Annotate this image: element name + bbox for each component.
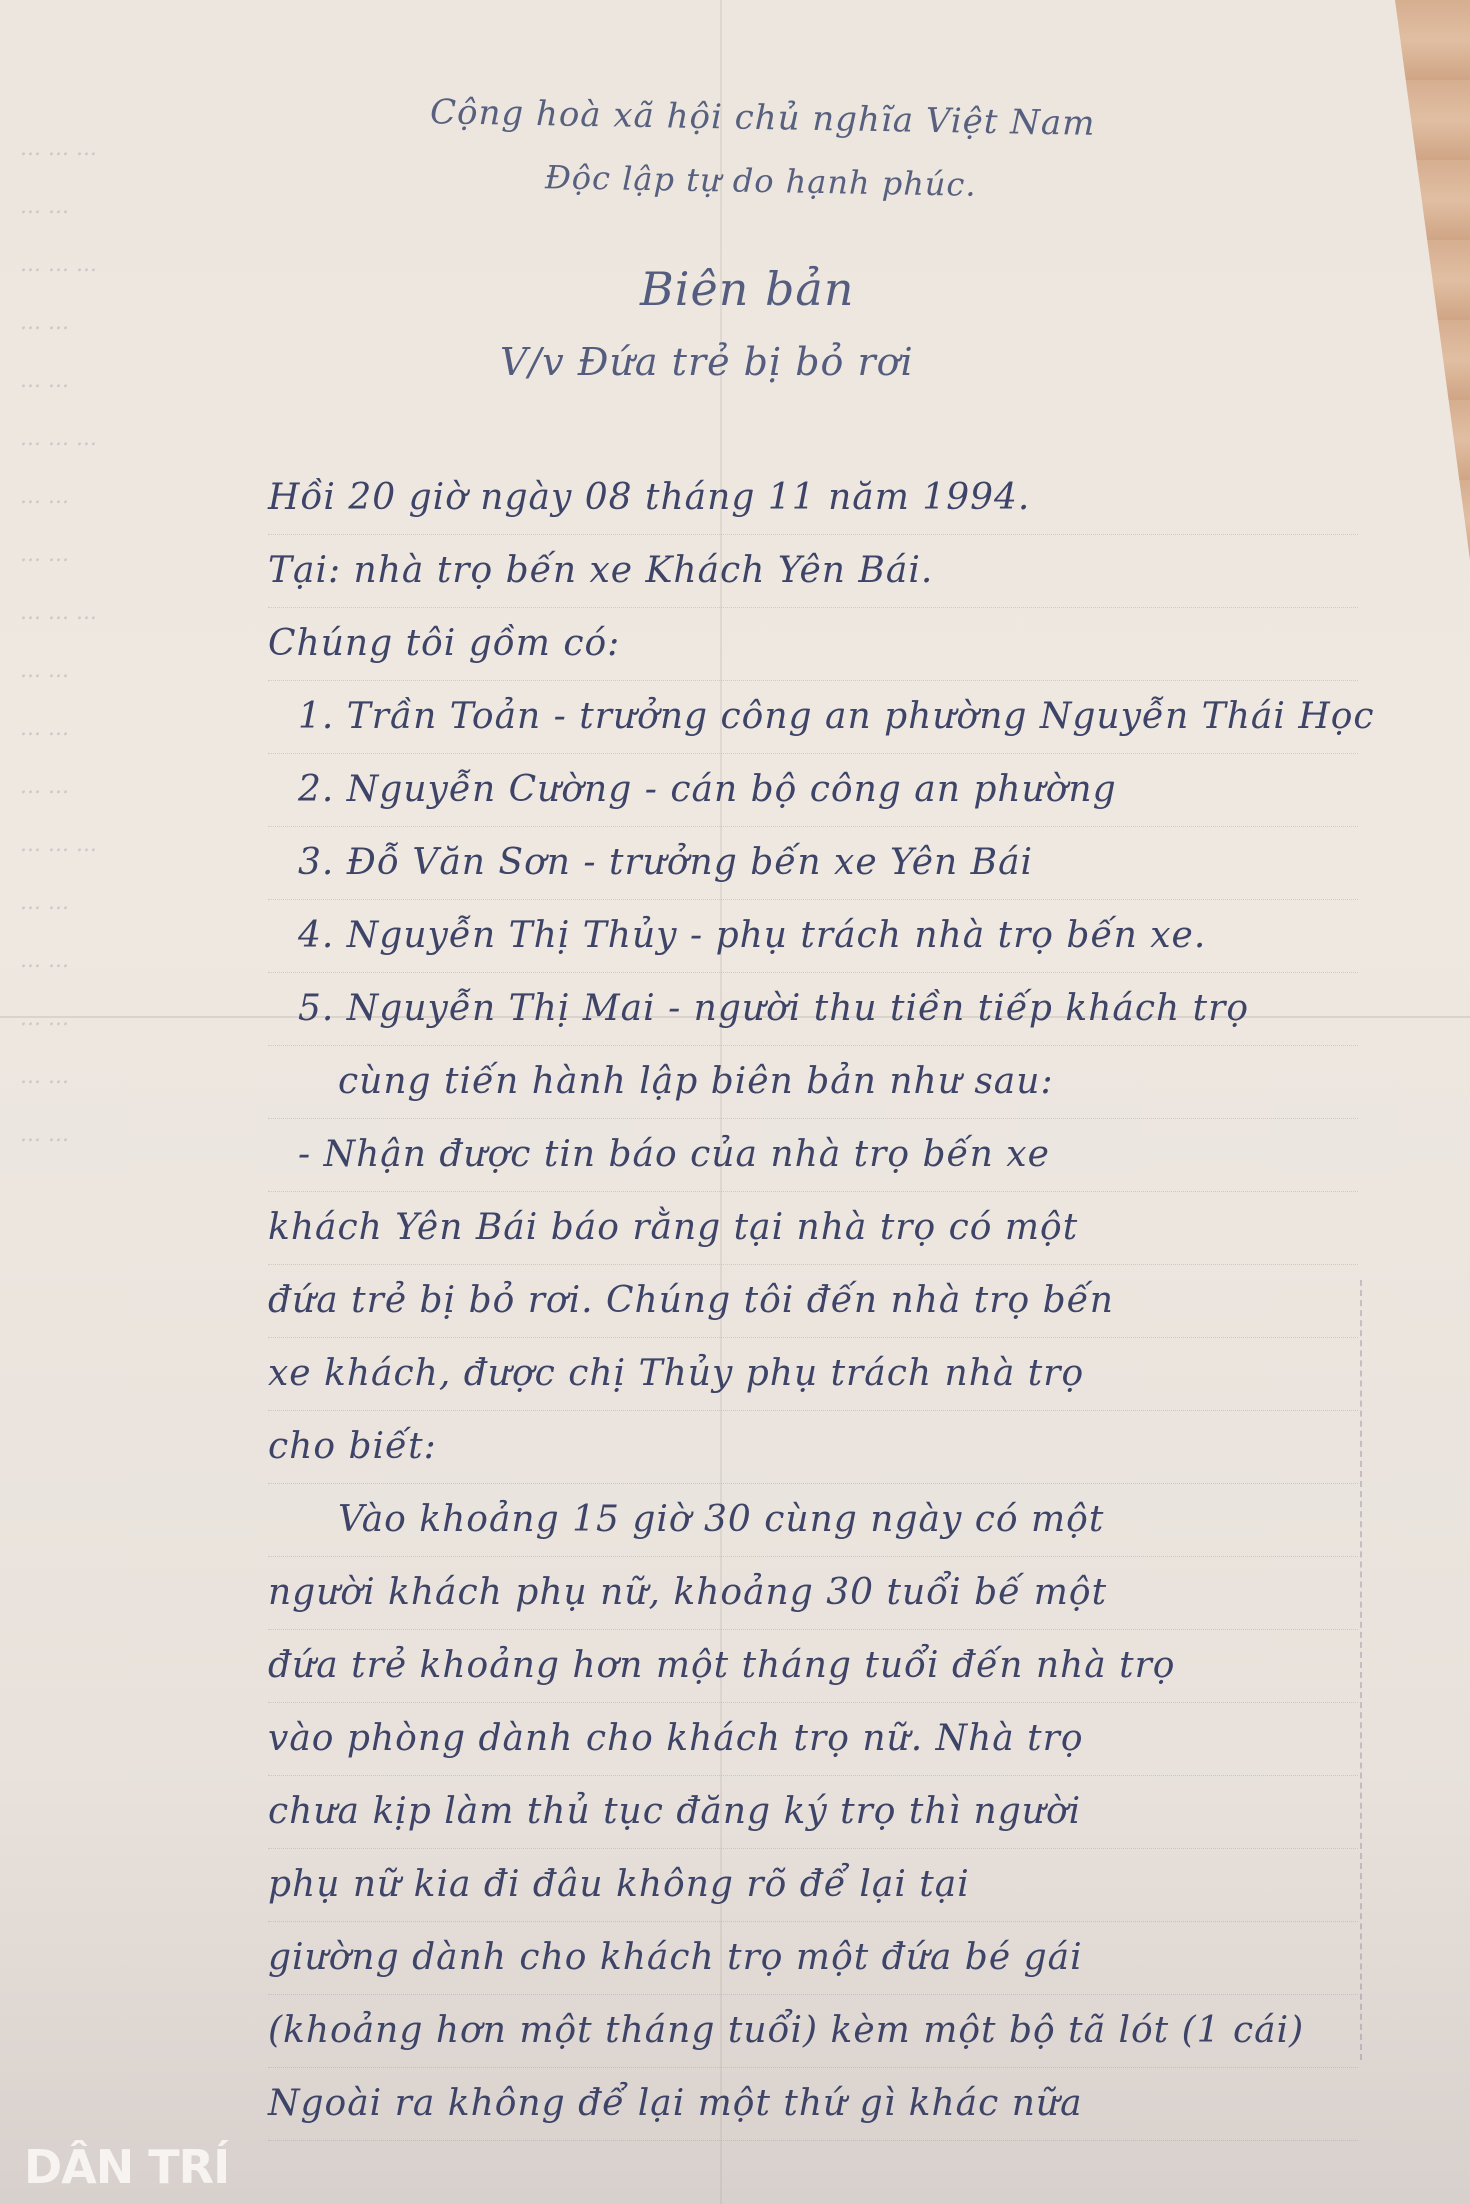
body-line: cho biết: bbox=[268, 1411, 1358, 1484]
body-line-attendees-intro: Chúng tôi gồm có: bbox=[268, 608, 1358, 681]
attendee-item: 1. Trần Toản - trưởng công an phường Ngu… bbox=[268, 681, 1358, 754]
bleed-through-text: ... ... ...... ... ... ... ...... ... ..… bbox=[20, 120, 250, 1520]
attendee-item: 4. Nguyễn Thị Thủy - phụ trách nhà trọ b… bbox=[268, 900, 1358, 973]
national-title: Cộng hoà xã hội chủ nghĩa Việt Nam bbox=[430, 92, 1096, 144]
body-line: khách Yên Bái báo rằng tại nhà trọ có mộ… bbox=[268, 1192, 1358, 1265]
attendee-item: 3. Đỗ Văn Sơn - trưởng bến xe Yên Bái bbox=[268, 827, 1358, 900]
body-line: đứa trẻ bị bỏ rơi. Chúng tôi đến nhà trọ… bbox=[268, 1265, 1358, 1338]
body-line: chưa kịp làm thủ tục đăng ký trọ thì ngư… bbox=[268, 1776, 1358, 1849]
document-subject: V/v Đứa trẻ bị bỏ rơi bbox=[500, 340, 914, 384]
attendee-item: 5. Nguyễn Thị Mai - người thu tiền tiếp … bbox=[268, 973, 1358, 1046]
body-line: xe khách, được chị Thủy phụ trách nhà tr… bbox=[268, 1338, 1358, 1411]
body-line: phụ nữ kia đi đâu không rõ để lại tại bbox=[268, 1849, 1358, 1922]
body-line: (khoảng hơn một tháng tuổi) kèm một bộ t… bbox=[268, 1995, 1358, 2068]
margin-rule bbox=[1360, 1280, 1364, 2060]
dantri-watermark-logo: DÂN TRÍ bbox=[24, 2140, 229, 2194]
document-body: Hồi 20 giờ ngày 08 tháng 11 năm 1994. Tạ… bbox=[268, 462, 1358, 2141]
body-line: - Nhận được tin báo của nhà trọ bến xe bbox=[268, 1119, 1358, 1192]
attendee-item: 2. Nguyễn Cường - cán bộ công an phường bbox=[268, 754, 1358, 827]
body-line: Vào khoảng 15 giờ 30 cùng ngày có một bbox=[268, 1484, 1358, 1557]
body-line-location: Tại: nhà trọ bến xe Khách Yên Bái. bbox=[268, 535, 1358, 608]
paper-sheet: ... ... ...... ... ... ... ...... ... ..… bbox=[0, 0, 1470, 2204]
body-line: giường dành cho khách trọ một đứa bé gái bbox=[268, 1922, 1358, 1995]
body-line: vào phòng dành cho khách trọ nữ. Nhà trọ bbox=[268, 1703, 1358, 1776]
body-line: Ngoài ra không để lại một thứ gì khác nữ… bbox=[268, 2068, 1358, 2141]
national-motto: Độc lập tự do hạnh phúc. bbox=[545, 158, 977, 204]
body-line: cùng tiến hành lập biên bản như sau: bbox=[268, 1046, 1358, 1119]
body-line-time: Hồi 20 giờ ngày 08 tháng 11 năm 1994. bbox=[268, 462, 1358, 535]
document-title: Biên bản bbox=[640, 262, 854, 316]
body-line: đứa trẻ khoảng hơn một tháng tuổi đến nh… bbox=[268, 1630, 1358, 1703]
body-line: người khách phụ nữ, khoảng 30 tuổi bế mộ… bbox=[268, 1557, 1358, 1630]
